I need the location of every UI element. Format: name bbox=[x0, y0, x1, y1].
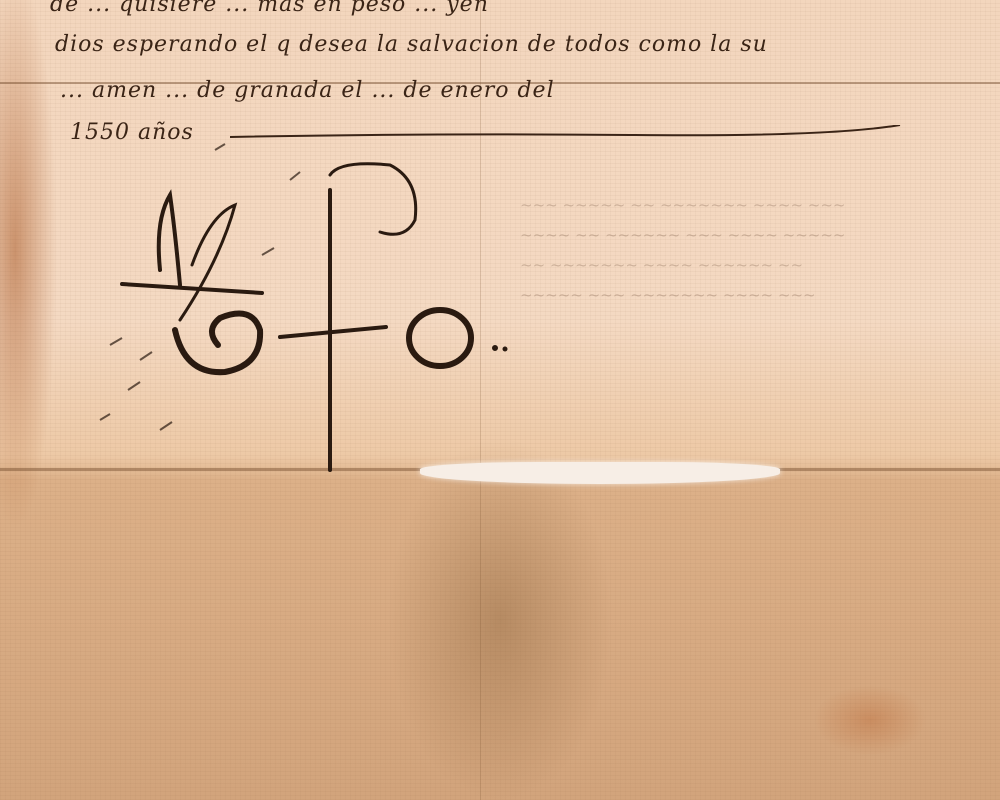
signature-rubric bbox=[0, 0, 1000, 800]
